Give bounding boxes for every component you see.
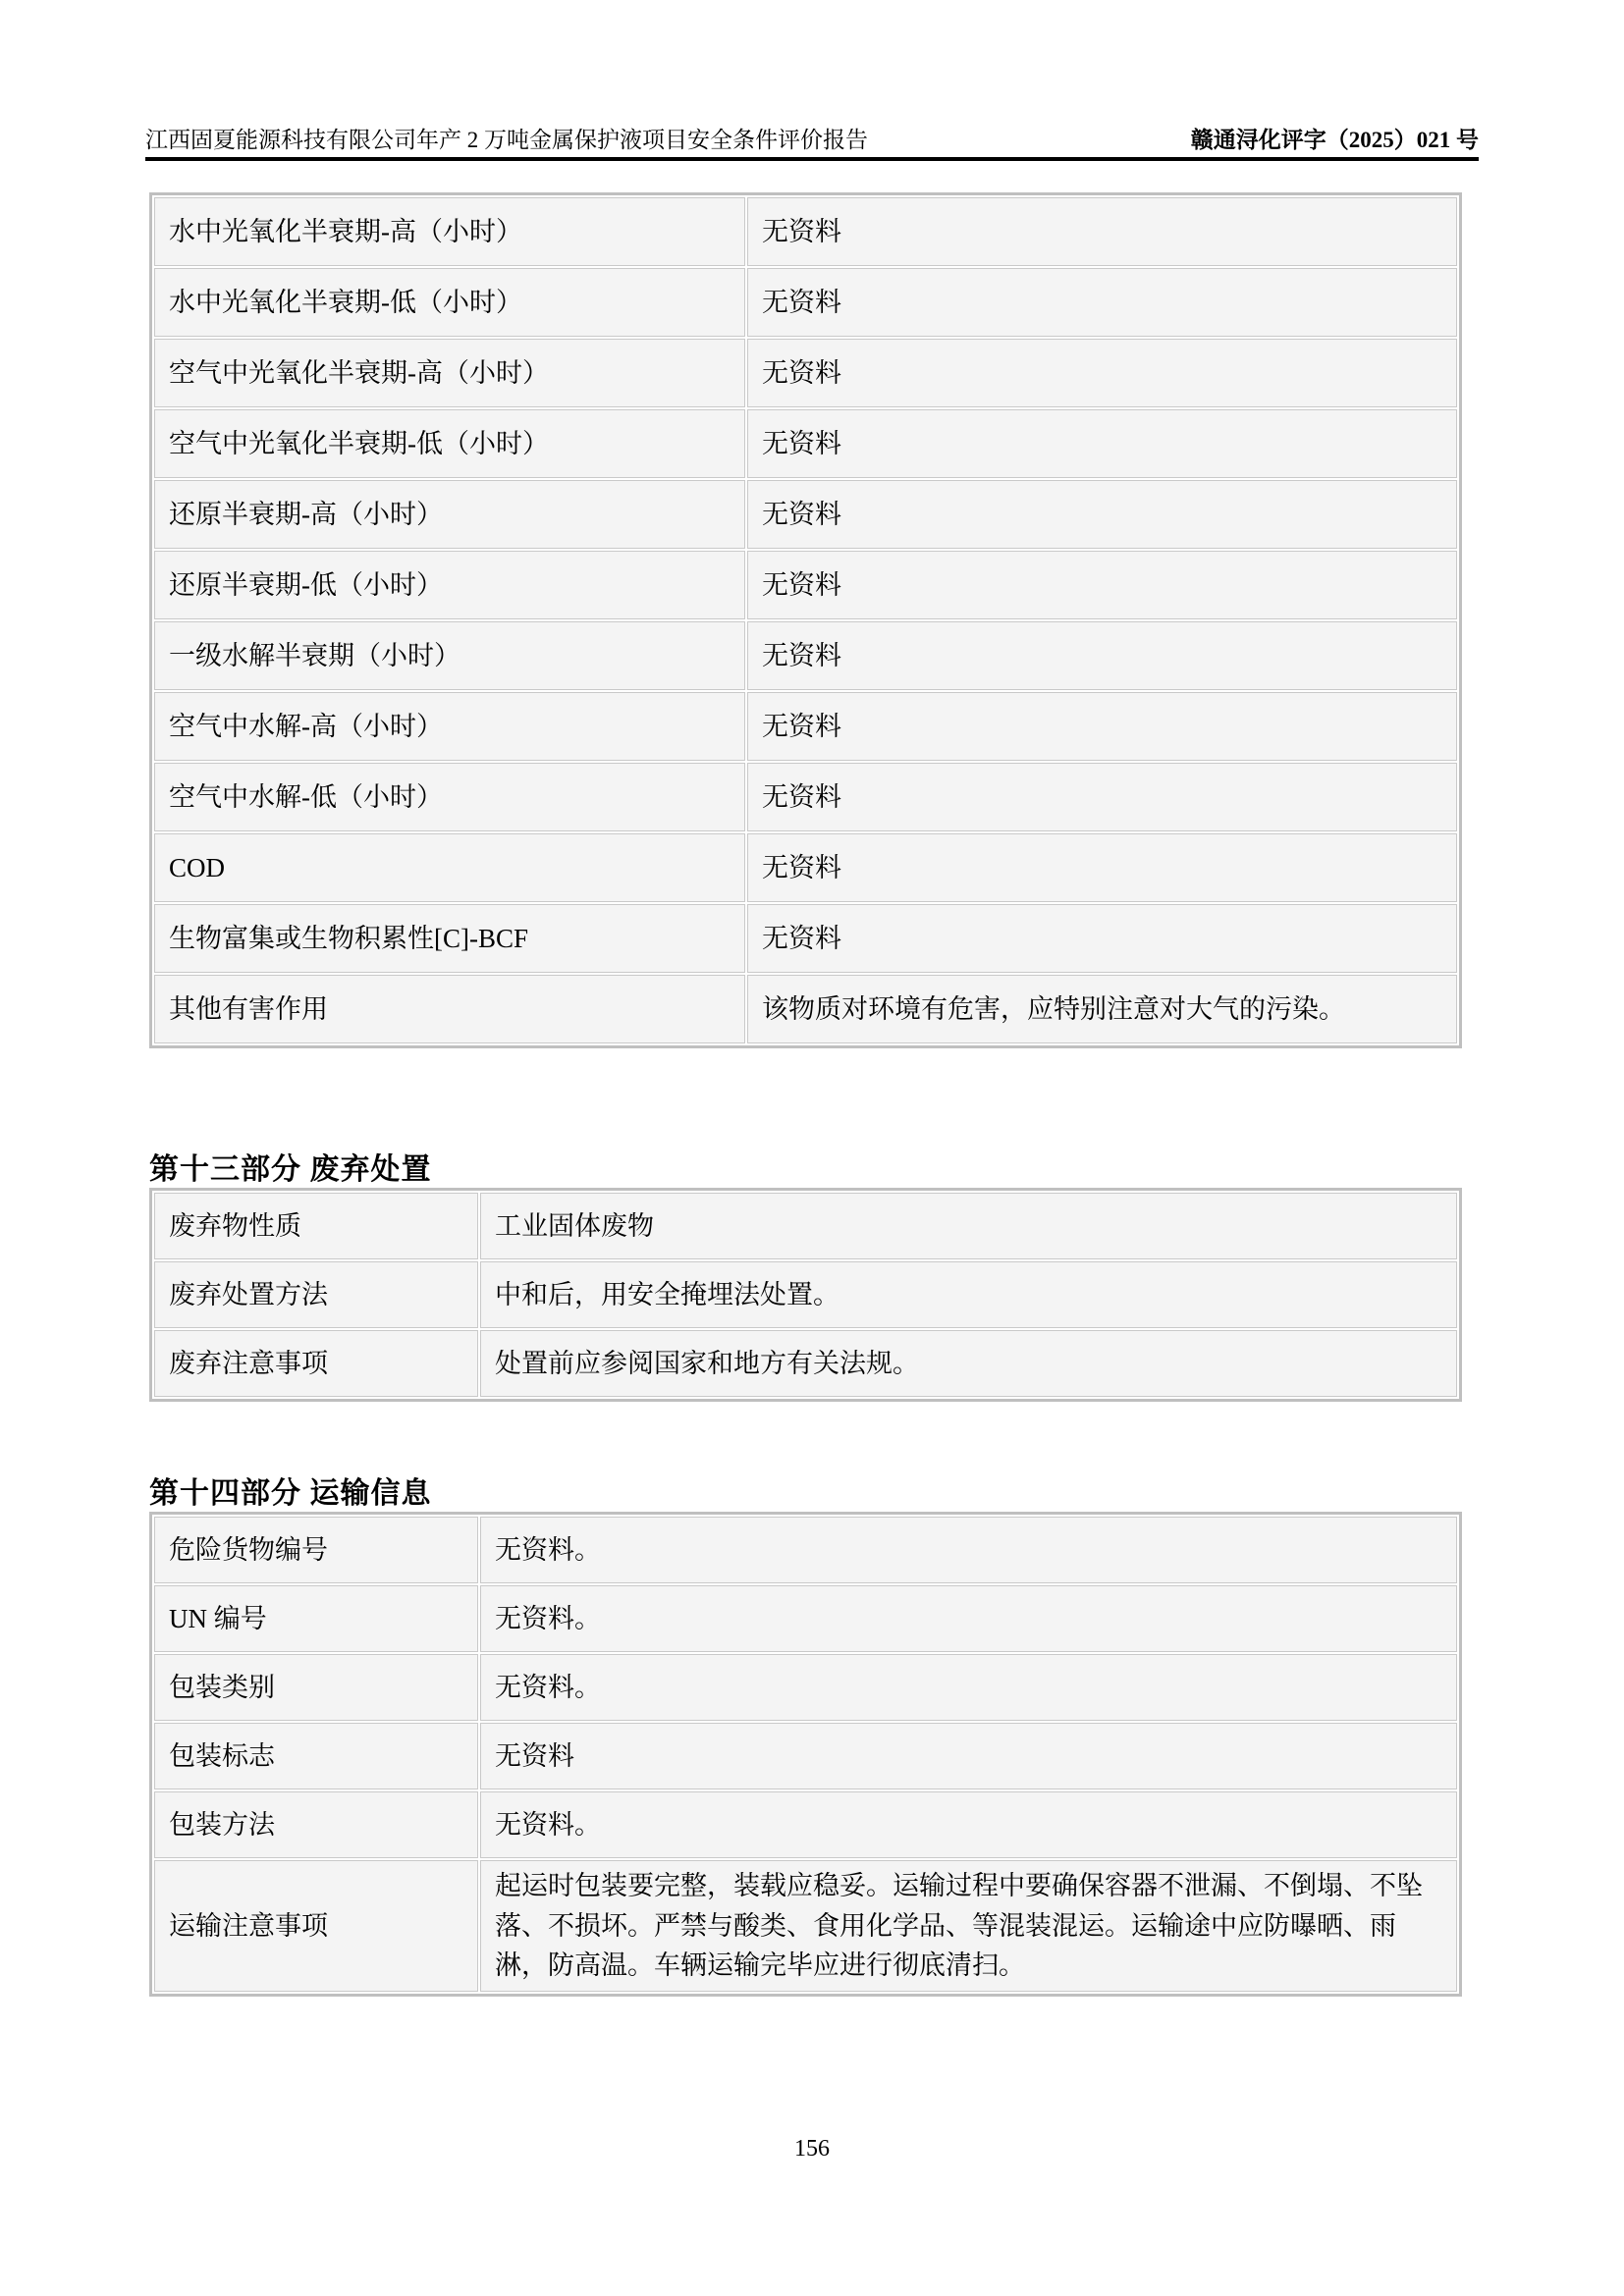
table-row: 空气中水解-高（小时） 无资料 [154,692,1457,761]
row-label: 危险货物编号 [154,1517,478,1583]
row-label: 废弃注意事项 [154,1330,478,1397]
table-row: COD 无资料 [154,833,1457,902]
table-row: 一级水解半衰期（小时） 无资料 [154,621,1457,690]
section-title-13: 第十三部分 废弃处置 [149,1145,432,1188]
row-value: 无资料 [747,551,1457,619]
document-page: 江西固夏能源科技有限公司年产 2 万吨金属保护液项目安全条件评价报告 赣通浔化评… [0,0,1624,2296]
row-label: 水中光氧化半衰期-低（小时） [154,268,745,337]
table-row: 还原半衰期-高（小时） 无资料 [154,480,1457,549]
row-value: 起运时包装要完整，装载应稳妥。运输过程中要确保容器不泄漏、不倒塌、不坠落、不损坏… [480,1860,1457,1992]
row-label: 一级水解半衰期（小时） [154,621,745,690]
row-label: 还原半衰期-高（小时） [154,480,745,549]
row-value: 无资料 [747,339,1457,407]
header-report-title: 江西固夏能源科技有限公司年产 2 万吨金属保护液项目安全条件评价报告 [145,122,868,154]
table-row: 空气中水解-低（小时） 无资料 [154,763,1457,831]
row-label: UN 编号 [154,1585,478,1652]
row-value: 无资料 [747,197,1457,266]
row-label: 空气中光氧化半衰期-高（小时） [154,339,745,407]
row-value: 无资料。 [480,1517,1457,1583]
table-row: 运输注意事项 起运时包装要完整，装载应稳妥。运输过程中要确保容器不泄漏、不倒塌、… [154,1860,1457,1992]
row-label: 水中光氧化半衰期-高（小时） [154,197,745,266]
table-row: UN 编号 无资料。 [154,1585,1457,1652]
table-row: 废弃处置方法 中和后，用安全掩埋法处置。 [154,1261,1457,1328]
row-label: 其他有害作用 [154,975,745,1043]
table-row: 包装标志 无资料 [154,1723,1457,1789]
row-label: 废弃物性质 [154,1193,478,1259]
table-row: 生物富集或生物积累性[C]-BCF 无资料 [154,904,1457,973]
section-title-14: 第十四部分 运输信息 [149,1468,432,1512]
row-value: 无资料 [747,904,1457,973]
row-label: 包装方法 [154,1791,478,1858]
row-label: 生物富集或生物积累性[C]-BCF [154,904,745,973]
row-label: 空气中水解-低（小时） [154,763,745,831]
row-label: 包装标志 [154,1723,478,1789]
header-document-number: 赣通浔化评字（2025）021 号 [1191,122,1479,154]
table-row: 空气中光氧化半衰期-低（小时） 无资料 [154,409,1457,478]
table-row: 还原半衰期-低（小时） 无资料 [154,551,1457,619]
row-label: 运输注意事项 [154,1860,478,1992]
table-row: 包装方法 无资料。 [154,1791,1457,1858]
table-row: 水中光氧化半衰期-高（小时） 无资料 [154,197,1457,266]
table-row: 其他有害作用 该物质对环境有危害，应特别注意对大气的污染。 [154,975,1457,1043]
row-value: 无资料。 [480,1585,1457,1652]
table-row: 水中光氧化半衰期-低（小时） 无资料 [154,268,1457,337]
row-value: 无资料 [747,692,1457,761]
page-header: 江西固夏能源科技有限公司年产 2 万吨金属保护液项目安全条件评价报告 赣通浔化评… [145,122,1479,161]
row-value: 无资料。 [480,1791,1457,1858]
ecology-data-table: 水中光氧化半衰期-高（小时） 无资料 水中光氧化半衰期-低（小时） 无资料 空气… [149,192,1462,1048]
row-label: 还原半衰期-低（小时） [154,551,745,619]
table-row: 废弃注意事项 处置前应参阅国家和地方有关法规。 [154,1330,1457,1397]
table-row: 空气中光氧化半衰期-高（小时） 无资料 [154,339,1457,407]
row-label: 包装类别 [154,1654,478,1721]
row-value: 无资料 [747,833,1457,902]
row-value: 无资料 [747,268,1457,337]
row-label: 空气中水解-高（小时） [154,692,745,761]
row-value: 该物质对环境有危害，应特别注意对大气的污染。 [747,975,1457,1043]
table-row: 危险货物编号 无资料。 [154,1517,1457,1583]
row-value: 无资料 [747,409,1457,478]
transport-info-table: 危险货物编号 无资料。 UN 编号 无资料。 包装类别 无资料。 包装标志 无资… [149,1512,1462,1997]
table-row: 包装类别 无资料。 [154,1654,1457,1721]
table-row: 废弃物性质 工业固体废物 [154,1193,1457,1259]
row-label: 废弃处置方法 [154,1261,478,1328]
row-value: 中和后，用安全掩埋法处置。 [480,1261,1457,1328]
row-value: 无资料 [747,480,1457,549]
page-number: 156 [0,2136,1624,2163]
row-value: 无资料 [747,763,1457,831]
waste-disposal-table: 废弃物性质 工业固体废物 废弃处置方法 中和后，用安全掩埋法处置。 废弃注意事项… [149,1188,1462,1402]
row-value: 无资料 [480,1723,1457,1789]
row-label: 空气中光氧化半衰期-低（小时） [154,409,745,478]
row-value: 处置前应参阅国家和地方有关法规。 [480,1330,1457,1397]
row-value: 无资料。 [480,1654,1457,1721]
row-value: 无资料 [747,621,1457,690]
row-value: 工业固体废物 [480,1193,1457,1259]
row-label: COD [154,833,745,902]
